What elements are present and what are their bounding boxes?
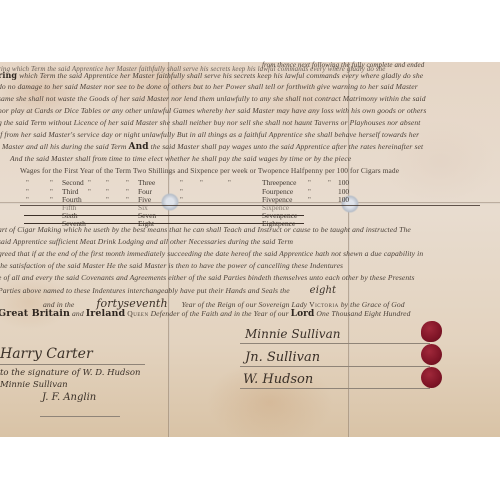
party-signature-2: Jn. Sullivan xyxy=(245,350,320,365)
indenture-document: ring which Term the said Apprentice her … xyxy=(0,62,500,437)
ditto-mark: " xyxy=(126,196,129,204)
wage-per: 100 xyxy=(338,178,349,187)
ditto-mark: " xyxy=(26,188,29,196)
party-signature-3: W. Hudson xyxy=(243,372,313,387)
ditto-mark: " xyxy=(200,179,203,187)
text-line-11: the satisfaction of the said Master He t… xyxy=(0,261,343,270)
ditto-mark: " xyxy=(180,179,183,187)
ditto-mark: " xyxy=(126,188,129,196)
text-line-5: lf from her said Master's service day or… xyxy=(0,130,419,139)
witness-name: Minnie Sullivan xyxy=(0,380,68,390)
ditto-mark: " xyxy=(88,188,91,196)
ditto-mark: " xyxy=(26,196,29,204)
ditto-mark: " xyxy=(50,179,53,187)
apprentice-signature: Harry Carter xyxy=(0,346,93,362)
text-line-0b: ring which Term the said Apprentice her … xyxy=(0,70,423,80)
fold-tear-hole xyxy=(157,189,182,214)
text-line-6: Master and all his during the said Term … xyxy=(2,142,423,152)
signature-line xyxy=(240,388,430,389)
text-line-1: do no damage to her said Master nor see … xyxy=(0,82,418,91)
wax-seal-icon xyxy=(421,344,442,365)
ditto-mark: " xyxy=(106,196,109,204)
signature-line xyxy=(240,366,430,367)
ditto-mark: " xyxy=(50,188,53,196)
ditto-mark: " xyxy=(228,179,231,187)
wax-seal-icon xyxy=(421,321,442,342)
ditto-mark: " xyxy=(308,196,311,204)
wage-shillings: Three xyxy=(138,178,155,187)
ditto-mark: " xyxy=(126,179,129,187)
witness-note: to the signature of W. D. Hudson xyxy=(0,368,140,378)
text-line-2: same she shall not waste the Goods of he… xyxy=(0,94,426,103)
ditto-mark: " xyxy=(308,179,311,187)
strike-rule xyxy=(24,215,304,216)
ditto-mark: " xyxy=(180,196,183,204)
signature-line xyxy=(0,364,145,365)
text-line-10: greed that if at the end of the first mo… xyxy=(0,249,423,258)
text-line-8: art of Cigar Making which he useth by th… xyxy=(0,225,411,234)
signature-line xyxy=(240,343,430,344)
wage-per: 100 xyxy=(338,195,349,204)
witness-signature: J. F. Anglin xyxy=(42,392,96,403)
ditto-mark: " xyxy=(328,179,331,187)
text-line-9: said Apprentice sufficient Meat Drink Lo… xyxy=(0,237,293,246)
ditto-mark: " xyxy=(308,188,311,196)
ditto-mark: " xyxy=(180,188,183,196)
text-line-12: e of all and every the said Covenants an… xyxy=(0,273,415,282)
text-line-15: Great Britain and Ireland Queen Defender… xyxy=(0,308,411,319)
ditto-mark: " xyxy=(106,188,109,196)
handwritten-day: eight xyxy=(310,285,336,296)
ditto-mark: " xyxy=(50,196,53,204)
wage-pence: Threepence xyxy=(262,178,296,187)
wage-year: Second xyxy=(62,178,84,187)
text-line-3: nor play at Cards or Dice Tables or any … xyxy=(0,106,426,115)
strike-rule xyxy=(20,205,480,206)
text-line-4: g the said Term without Licence of her s… xyxy=(0,118,420,127)
text-line-7: And the said Master shall from time to t… xyxy=(10,154,351,163)
wages-header: Wages for the First Year of the Term Two… xyxy=(20,166,399,175)
text-line-13: Parties above named to these Indentures … xyxy=(0,285,336,296)
text-line-0-right: from thence next following the fully com… xyxy=(262,61,424,69)
party-signature-1: Minnie Sullivan xyxy=(245,327,340,341)
ditto-mark: " xyxy=(88,179,91,187)
ditto-mark: " xyxy=(26,179,29,187)
ditto-mark: " xyxy=(106,179,109,187)
signature-line xyxy=(40,416,120,417)
wax-seal-icon xyxy=(421,367,442,388)
